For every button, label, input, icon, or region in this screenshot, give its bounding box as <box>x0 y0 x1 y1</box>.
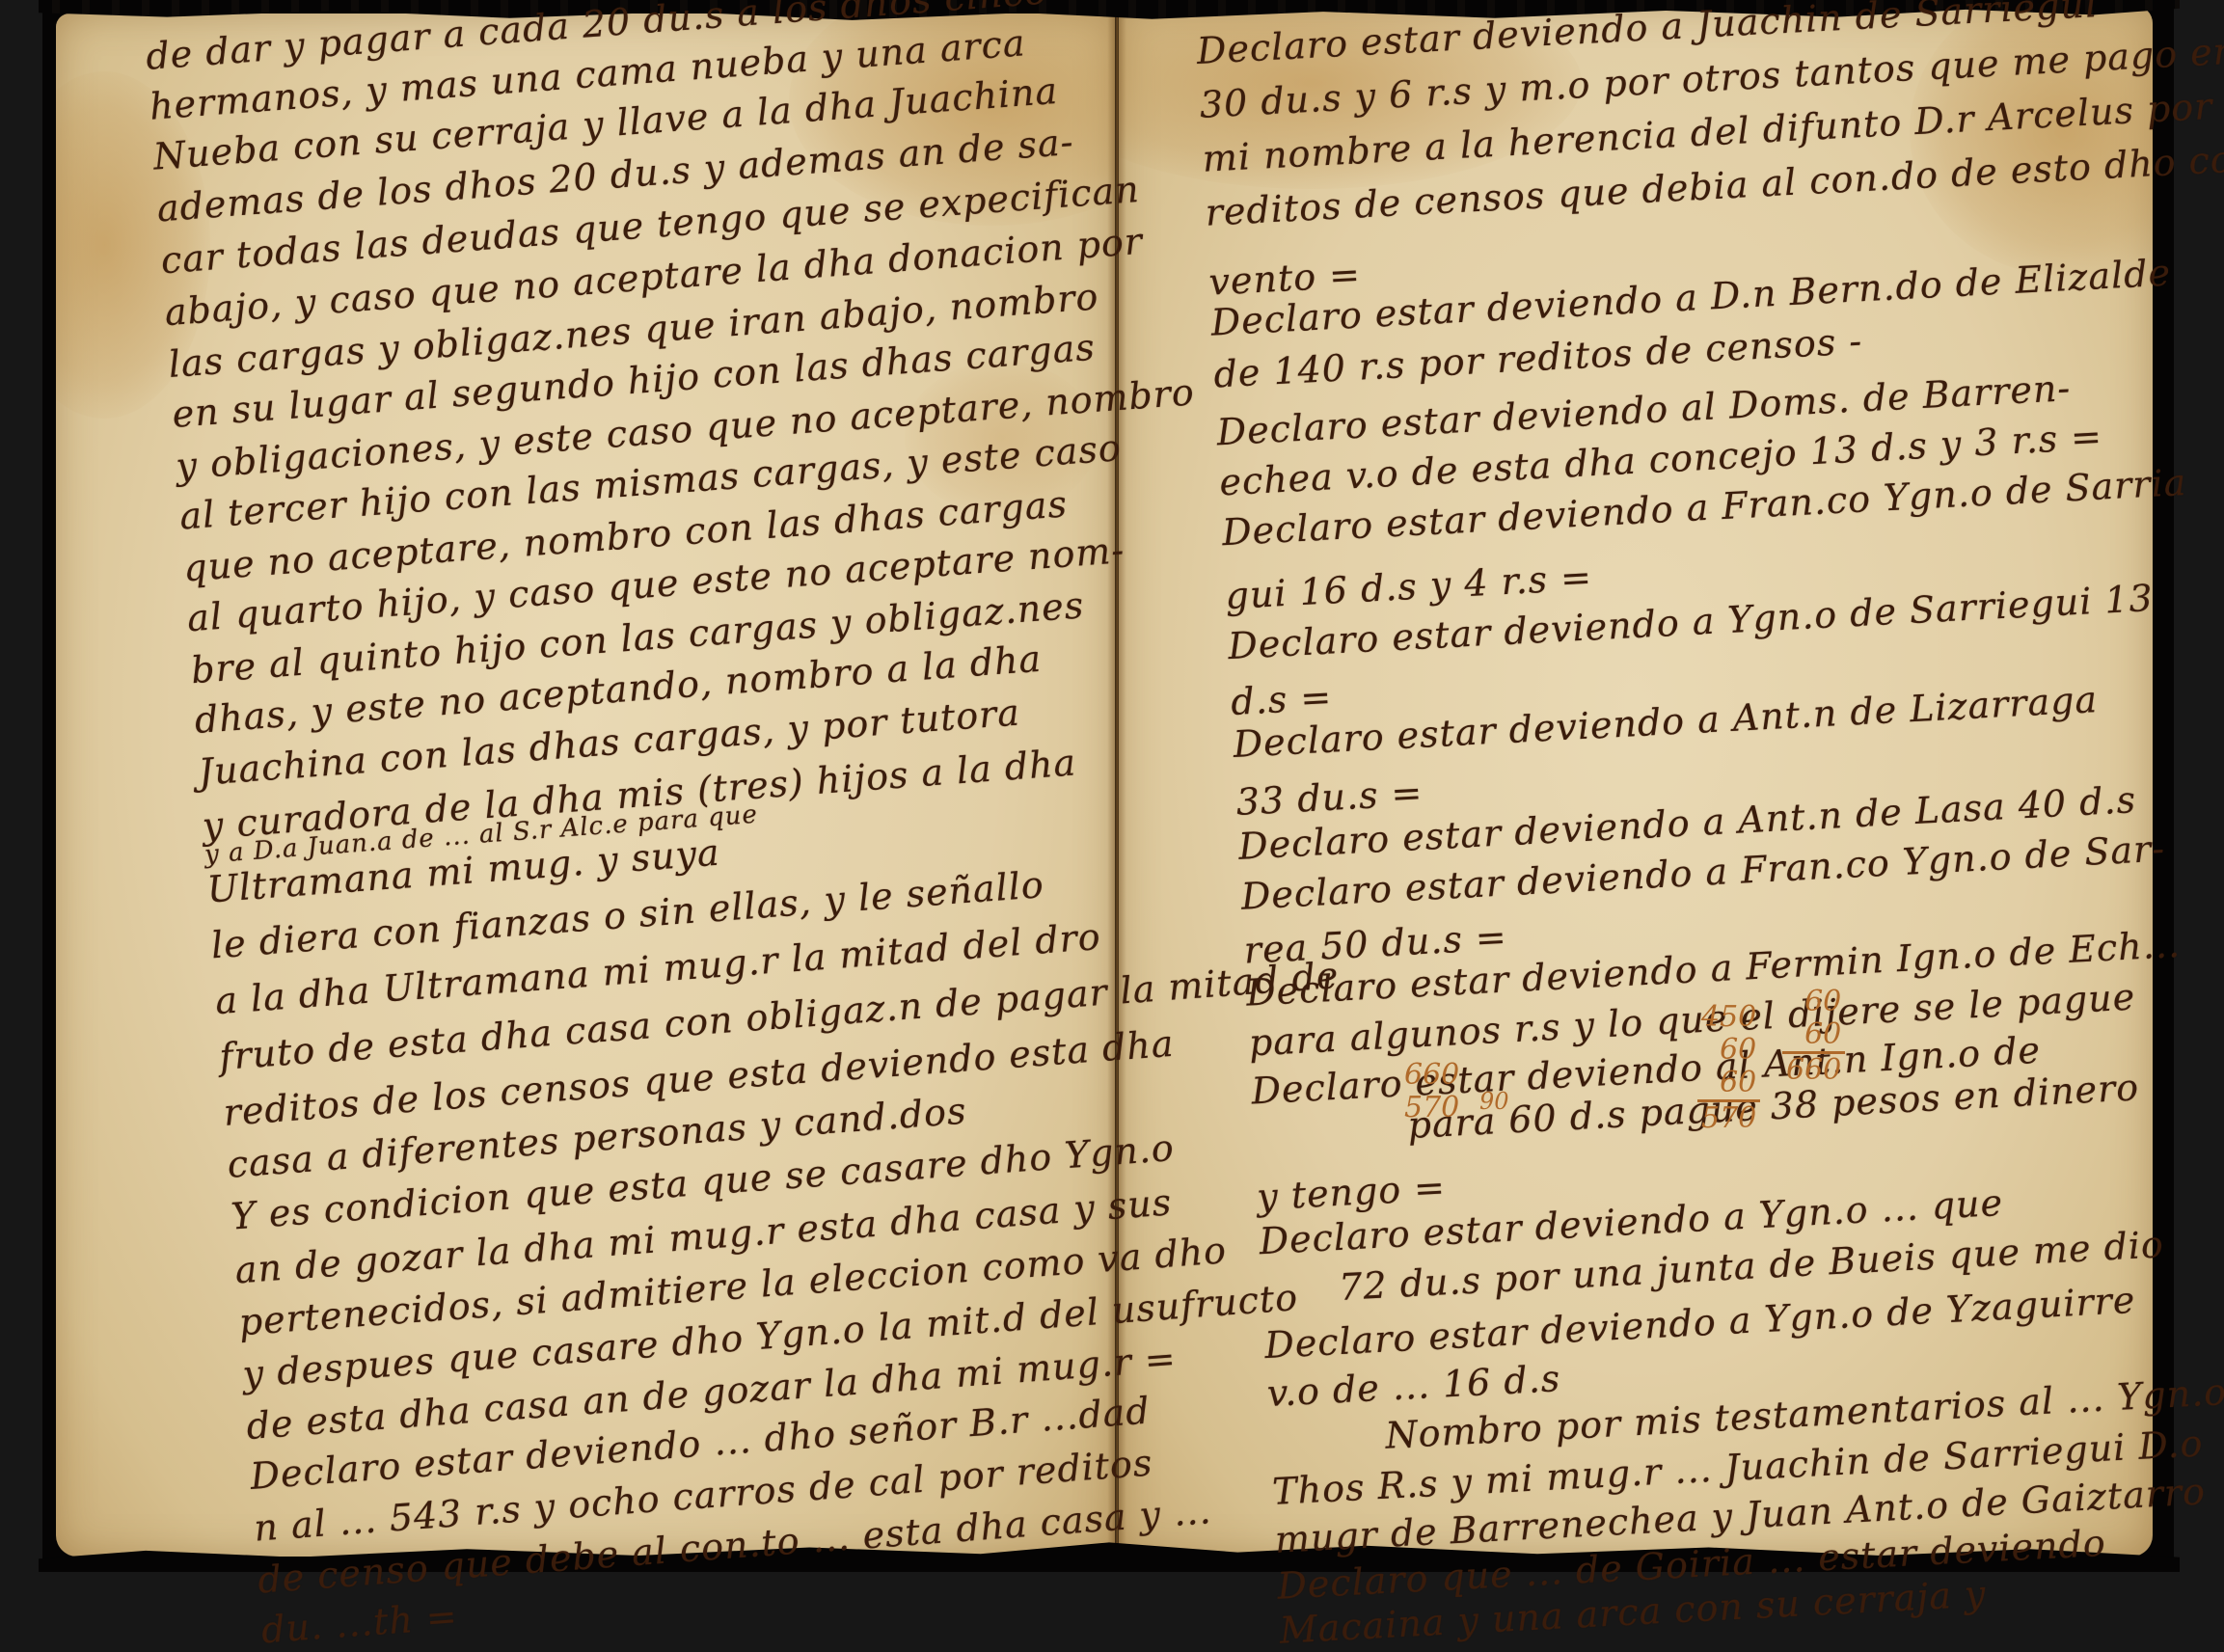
sum-left-column: 660 570 <box>1400 1059 1463 1124</box>
sum-total: 570 <box>1697 1099 1760 1135</box>
sum-value: 60 <box>1801 986 1845 1018</box>
manuscript-scan-viewport: de dar y pagar a cada 20 du.s a los dhos… <box>0 0 2224 1572</box>
sum-right-column: 60 60 660 <box>1782 986 1845 1087</box>
sum-value: 60 <box>1801 1018 1845 1051</box>
manuscript-line: d.s = <box>1230 679 1333 720</box>
sum-note-value: 90 <box>1476 1088 1513 1115</box>
sum-total: 660 <box>1782 1051 1845 1087</box>
manuscript-line: y tengo = <box>1256 1169 1447 1215</box>
sum-value: 660 <box>1400 1059 1463 1092</box>
manuscript-line: 33 du.s = <box>1235 774 1424 821</box>
sum-value: 570 <box>1400 1092 1463 1124</box>
sum-note: 90 <box>1476 1088 1513 1115</box>
sum-value: 450 <box>1697 1001 1760 1034</box>
sum-middle-column: 450 60 60 570 <box>1697 1001 1760 1135</box>
sum-value: 60 <box>1716 1034 1760 1067</box>
sum-value: 60 <box>1716 1067 1760 1099</box>
